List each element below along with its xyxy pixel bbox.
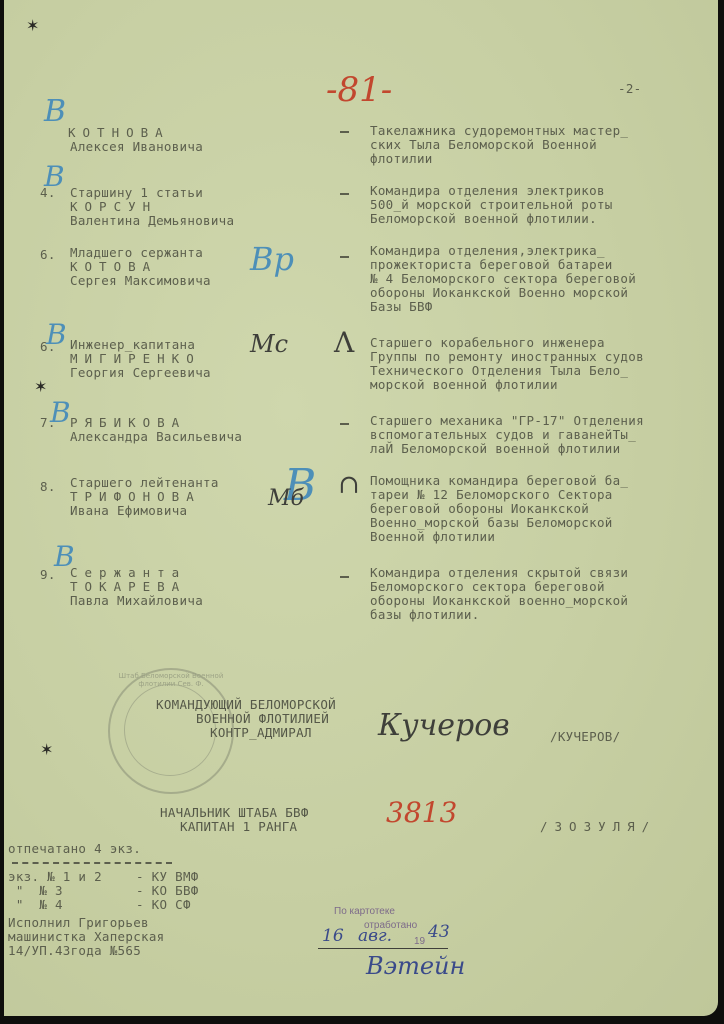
card-stamp-line: По картотеке	[334, 906, 395, 917]
punch-hole-mark: ✶	[34, 377, 47, 396]
position-line: прожекториста береговой батареи	[370, 258, 613, 272]
position-line: 500_й морской строительной роты	[370, 198, 613, 212]
rank: Сержанта	[70, 566, 186, 580]
given-names: Валентина Демьяновича	[70, 214, 234, 228]
position-line: вспомогательных судов и гаванейТы_	[370, 428, 636, 442]
punch-hole-mark: ✶	[40, 740, 53, 759]
position-line: тареи № 12 Беломорского Сектора	[370, 488, 613, 502]
copies-printed: отпечатано 4 экз.	[8, 842, 141, 856]
position-line: Беломорского сектора береговой	[370, 580, 605, 594]
archive-page-number: -81-	[326, 70, 392, 110]
position-line: Старшего корабельного инженера	[370, 336, 605, 350]
entry-number: 6.	[40, 248, 56, 262]
executor: Исполнил Григорьев	[8, 916, 149, 930]
commander-title-line: ВОЕННОЙ ФЛОТИЛИЕЙ	[196, 712, 329, 726]
commander-name: /КУЧЕРОВ/	[550, 730, 620, 744]
surname: ТОКАРЕВА	[70, 580, 186, 594]
separator-line	[12, 862, 172, 864]
position-line: обороны Иоканкской военно_морской	[370, 594, 628, 608]
surname: КОТОВА	[70, 260, 157, 274]
given-names: Павла Михайловича	[70, 594, 203, 608]
position-line: лаЙ Беломорской военной флотилии	[370, 442, 620, 456]
position-line: Технического Отделения Тыла Бело_	[370, 364, 628, 378]
chief-of-staff-title-line: КАПИТАН 1 РАНГА	[180, 820, 297, 834]
position-line: базы флотилии.	[370, 608, 480, 622]
chief-of-staff-title-line: НАЧАЛЬНИК ШТАБА БВФ	[160, 806, 309, 820]
surname: ТРИФОНОВА	[70, 490, 201, 504]
card-stamp-signature: Вэтейн	[366, 952, 465, 980]
given-names: Алексея Ивановича	[70, 140, 203, 154]
margin-mark: Вр	[250, 240, 294, 278]
distribution-dest: - КУ ВМФ	[136, 870, 199, 884]
page-number: -2-	[618, 82, 641, 96]
rank: Младшего сержанта	[70, 246, 203, 260]
seal-text: Штаб Беломорской Военной флотилии Сев. Ф…	[110, 672, 232, 688]
document-page: ✶ ✶ ✶ -81- -2- В КОТНОВА Алексея Иванови…	[4, 0, 718, 1016]
position-line: Такелажника судоремонтных мастер_	[370, 124, 628, 138]
position-line: береговой обороны Иоканкской	[370, 502, 589, 516]
card-stamp-month: авг.	[358, 926, 392, 946]
red-annotation: 3813	[386, 796, 457, 829]
margin-mark: В	[50, 396, 71, 429]
entry-number: 8.	[40, 480, 56, 494]
position-line: Военно_морской базы Беломорской	[370, 516, 613, 530]
entry-number: 4.	[40, 186, 56, 200]
position-line: Беломорской военной флотилии.	[370, 212, 597, 226]
position-line: ских Тыла Беломорской Военной	[370, 138, 597, 152]
position-line: Командира отделения электриков	[370, 184, 605, 198]
card-stamp-year-suffix: 43	[428, 922, 450, 942]
surname: КОРСУН	[70, 200, 157, 214]
position-line: Командира отделения,электрика_	[370, 244, 605, 258]
given-names: Ивана Ефимовича	[70, 504, 187, 518]
position-line: Командира отделения скрытой связи	[370, 566, 628, 580]
position-line: морской военной флотилии	[370, 378, 558, 392]
handwritten-check: Λ	[334, 326, 354, 359]
commander-title-line: КОМАНДУЮЩИЙ БЕЛОМОРСКОЙ	[156, 698, 336, 712]
distribution-dest: - КО БВФ	[136, 884, 199, 898]
rank: Старшину 1 статьи	[70, 186, 203, 200]
position-line: № 4 Беломорского сектора береговой	[370, 272, 636, 286]
distribution-label: экз. № 1 и 2	[8, 870, 102, 884]
commander-title-line: КОНТР_АДМИРАЛ	[210, 726, 312, 740]
position-line: Военной флотилии	[370, 530, 495, 544]
given-names: Георгия Сергеевича	[70, 366, 211, 380]
handwritten-check: ∩	[338, 470, 360, 500]
position-line: Базы БВФ	[370, 300, 433, 314]
position-line: обороны Иоканкской Военно морской	[370, 286, 628, 300]
handwritten-annotation: Мб	[268, 486, 304, 511]
chief-of-staff-name: /ЗОЗУЛЯ/	[540, 820, 656, 834]
margin-mark: В	[44, 94, 66, 129]
position-line: Группы по ремонту иностранных судов	[370, 350, 644, 364]
handwritten-annotation: Мс	[250, 330, 288, 358]
entry-number: 6.	[40, 340, 56, 354]
distribution-dest: - КО СФ	[136, 898, 191, 912]
surname: МИГИРЕНКО	[70, 352, 201, 366]
position-line: флотилии	[370, 152, 433, 166]
surname: КОТНОВА	[68, 126, 170, 140]
rank: Инженер_капитана	[70, 338, 195, 352]
document-reference: 14/УП.43года №565	[8, 944, 141, 958]
date-underline	[318, 948, 448, 949]
commander-signature: Кучеров	[378, 708, 510, 743]
position-line: Старшего механика "ГР-17" Отделения	[370, 414, 644, 428]
distribution-label: " № 3	[8, 884, 63, 898]
card-stamp-day: 16	[322, 926, 344, 946]
given-names: Александра Васильевича	[70, 430, 242, 444]
entry-number: 9.	[40, 568, 56, 582]
card-stamp-year-prefix: 19	[414, 936, 425, 947]
punch-hole-mark: ✶	[26, 16, 39, 35]
position-line: Помощника командира береговой ба_	[370, 474, 628, 488]
given-names: Сергея Максимовича	[70, 274, 211, 288]
distribution-label: " № 4	[8, 898, 63, 912]
typist: машинистка Хаперская	[8, 930, 165, 944]
rank: Старшего лейтенанта	[70, 476, 219, 490]
surname: РЯБИКОВА	[70, 416, 186, 430]
